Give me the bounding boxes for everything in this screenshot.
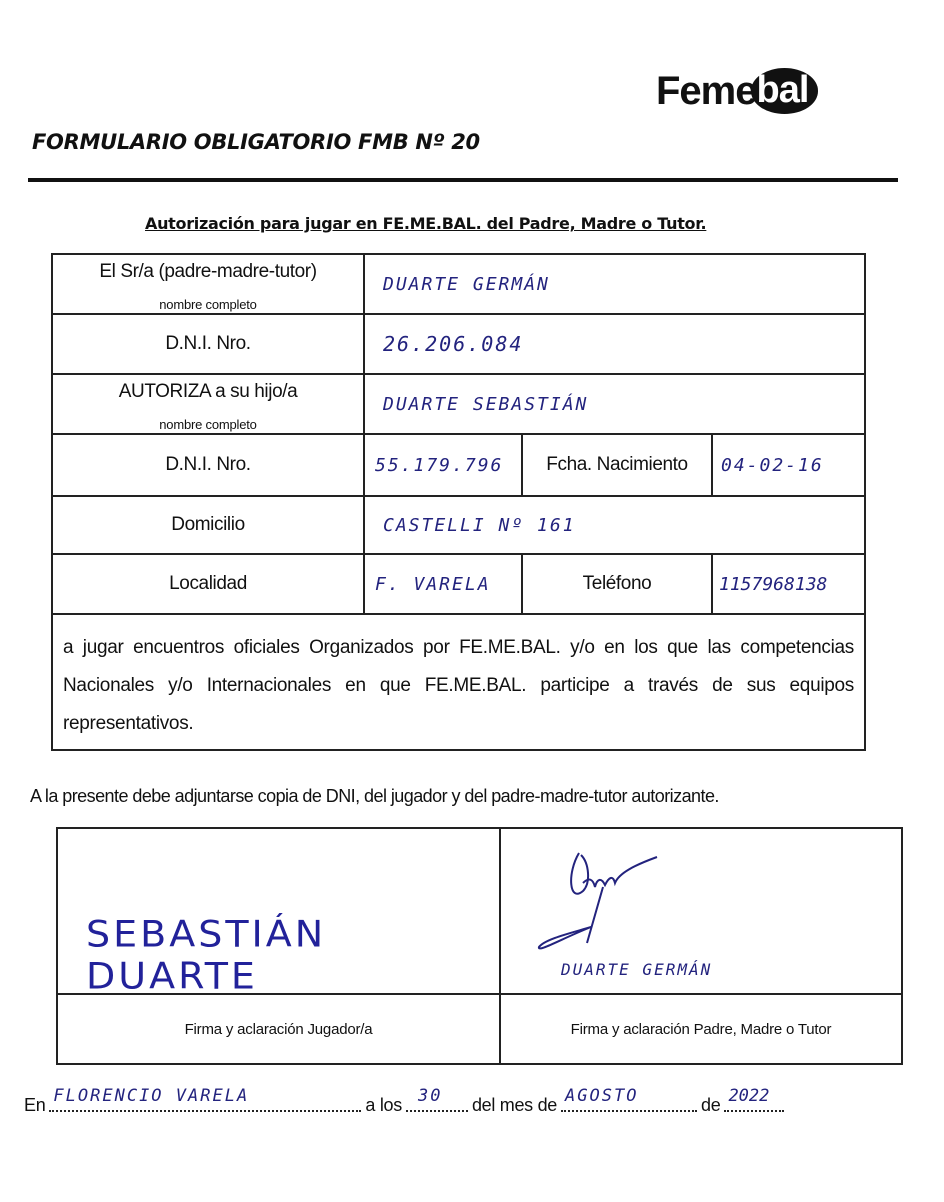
parent-signature-scrawl-icon bbox=[531, 843, 691, 953]
birth-date-label: Fcha. Nacimiento bbox=[522, 434, 712, 496]
phone-value: 1157968138 bbox=[719, 574, 827, 595]
title-divider bbox=[28, 178, 898, 182]
place-date-line: En FLORENCIO VARELA a los 30 del mes de … bbox=[24, 1088, 788, 1116]
phone-field[interactable]: 1157968138 bbox=[712, 554, 865, 614]
address-field[interactable]: CASTELLI Nº 161 bbox=[364, 496, 865, 554]
child-dni-label: D.N.I. Nro. bbox=[52, 434, 364, 496]
authorization-text: a jugar encuentros oficiales Organizados… bbox=[52, 614, 865, 750]
femebal-logo: Femebal bbox=[656, 66, 818, 116]
form-subtitle: Autorización para jugar en FE.ME.BAL. de… bbox=[145, 214, 706, 233]
month-value: AGOSTO bbox=[565, 1086, 638, 1106]
parent-name-row: El Sr/a (padre-madre-tutor) nombre compl… bbox=[52, 254, 865, 314]
parent-label-cell: El Sr/a (padre-madre-tutor) nombre compl… bbox=[52, 254, 364, 314]
parent-name-field[interactable]: DUARTE GERMÁN bbox=[364, 254, 865, 314]
player-signature-label: Firma y aclaración Jugador/a bbox=[57, 994, 500, 1064]
year-value: 2022 bbox=[728, 1086, 769, 1106]
address-row: Domicilio CASTELLI Nº 161 bbox=[52, 496, 865, 554]
logo-ball: bal bbox=[751, 68, 819, 114]
authorization-text-row: a jugar encuentros oficiales Organizados… bbox=[52, 614, 865, 750]
parent-sublabel: nombre completo bbox=[53, 297, 363, 312]
a-los-label: a los bbox=[365, 1095, 402, 1116]
player-signature: SEBASTIÁN DUARTE bbox=[86, 913, 499, 997]
city-field[interactable]: F. VARELA bbox=[364, 554, 522, 614]
en-label: En bbox=[24, 1095, 45, 1116]
child-name-field[interactable]: DUARTE SEBASTIÁN bbox=[364, 374, 865, 434]
signature-table: SEBASTIÁN DUARTE DUARTE GERMÁN Firma y a… bbox=[56, 827, 903, 1065]
form-title: FORMULARIO OBLIGATORIO FMB Nº 20 bbox=[32, 130, 480, 154]
attachment-note: A la presente debe adjuntarse copia de D… bbox=[30, 786, 719, 807]
city-label: Localidad bbox=[52, 554, 364, 614]
phone-label: Teléfono bbox=[522, 554, 712, 614]
year-field[interactable]: 2022 bbox=[724, 1088, 784, 1112]
parent-label: El Sr/a (padre-madre-tutor) bbox=[53, 261, 363, 283]
mes-label: del mes de bbox=[472, 1095, 557, 1116]
parent-dni-field[interactable]: 26.206.084 bbox=[364, 314, 865, 374]
parent-dni-value: 26.206.084 bbox=[383, 332, 523, 356]
child-dni-row: D.N.I. Nro. 55.179.796 Fcha. Nacimiento … bbox=[52, 434, 865, 496]
parent-name-value: DUARTE GERMÁN bbox=[383, 274, 550, 295]
de-label: de bbox=[701, 1095, 720, 1116]
birth-date-field[interactable]: 04-02-16 bbox=[712, 434, 865, 496]
child-sublabel: nombre completo bbox=[53, 417, 363, 432]
address-value: CASTELLI Nº 161 bbox=[383, 515, 576, 536]
place-value: FLORENCIO VARELA bbox=[53, 1086, 249, 1106]
city-phone-row: Localidad F. VARELA Teléfono 1157968138 bbox=[52, 554, 865, 614]
player-signature-box[interactable]: SEBASTIÁN DUARTE bbox=[57, 828, 500, 994]
day-field[interactable]: 30 bbox=[406, 1088, 468, 1112]
child-dni-field[interactable]: 55.179.796 bbox=[364, 434, 522, 496]
parent-signature-box[interactable]: DUARTE GERMÁN bbox=[500, 828, 902, 994]
birth-date-value: 04-02-16 bbox=[721, 455, 824, 476]
child-name-value: DUARTE SEBASTIÁN bbox=[383, 394, 588, 415]
child-dni-value: 55.179.796 bbox=[375, 455, 503, 476]
month-field[interactable]: AGOSTO bbox=[561, 1088, 697, 1112]
place-field[interactable]: FLORENCIO VARELA bbox=[49, 1088, 361, 1112]
address-label: Domicilio bbox=[52, 496, 364, 554]
parent-signature-name: DUARTE GERMÁN bbox=[561, 960, 712, 979]
parent-signature-label: Firma y aclaración Padre, Madre o Tutor bbox=[500, 994, 902, 1064]
child-label-cell: AUTORIZA a su hijo/a nombre completo bbox=[52, 374, 364, 434]
child-name-row: AUTORIZA a su hijo/a nombre completo DUA… bbox=[52, 374, 865, 434]
logo-text: Feme bbox=[656, 69, 757, 114]
child-label: AUTORIZA a su hijo/a bbox=[53, 381, 363, 403]
day-value: 30 bbox=[418, 1086, 442, 1106]
parent-dni-row: D.N.I. Nro. 26.206.084 bbox=[52, 314, 865, 374]
authorization-table: El Sr/a (padre-madre-tutor) nombre compl… bbox=[51, 253, 866, 751]
parent-dni-label: D.N.I. Nro. bbox=[52, 314, 364, 374]
city-value: F. VARELA bbox=[375, 574, 491, 595]
